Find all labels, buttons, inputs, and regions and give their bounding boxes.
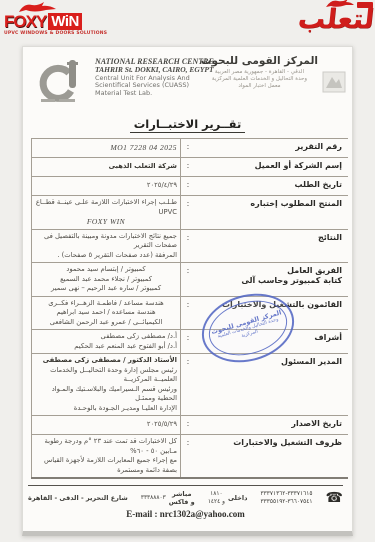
director-title-line: الإدارة العليـا ومديـر الجـودة بالوحـدة	[35, 404, 177, 414]
org-lab-ar: معمل اختبار المواد	[201, 83, 318, 90]
org-arabic-block: المركز القومى للبحوث الدقي - القاهرة - ج…	[201, 55, 318, 90]
document-page: NATIONAL RESEARCH CENTRE TAHRIR St. DOKK…	[22, 46, 353, 536]
eltaaleb-logo: التعلب	[298, 0, 375, 33]
row-label-sub: كتابة كمبيوتر وحاسب آلى	[195, 276, 342, 286]
row-label: تاريخ الطلب	[195, 177, 348, 195]
table-row-operators: هندسة مساعد / فاطمـة الزهــراء فكــرى هن…	[31, 297, 348, 331]
watermark-icon	[322, 71, 346, 93]
nrc-logo-icon	[35, 57, 87, 107]
phone-line: ٣٣٣٧١٦١٥-٣٣٣٧١٣٦٢	[261, 490, 313, 498]
report-table: MO1 7228 04 2025 : رقم التقرير شركة التع…	[31, 138, 348, 479]
colon-separator: :	[181, 158, 195, 176]
operator-member: هندسة مساعده / احمد سيد ابراهيم	[35, 308, 177, 318]
letterhead: NATIONAL RESEARCH CENTRE TAHRIR St. DOKK…	[23, 55, 352, 113]
issue-date-value: ٢٠٢٥/٥/٢٩	[35, 420, 177, 430]
client-name-value: شركة التعلب الذهبى	[35, 162, 177, 172]
team-member: كمبيوتر / ساره عبد الرحيم – نهى سمير	[35, 284, 177, 294]
team-member: كمبيوتر / نجلاء محمد عبد السميع	[35, 275, 177, 285]
fax-label: و فاكس	[169, 498, 195, 506]
row-label: تاريخ الاصدار	[195, 416, 348, 434]
win-wordmark: WiN	[48, 13, 82, 30]
street-address: شارع التحرير - الدقى - القاهرة	[28, 494, 128, 502]
director-title-line: ورئيس قسم الـسيراميك والبلاسـتيك والمـوا…	[35, 385, 177, 404]
table-row-working-team: كمبيوتر / إبتسام سيد محمود كمبيوتر / نجل…	[31, 263, 348, 297]
row-label: ظروف التشغيل والاختبارات	[195, 435, 348, 477]
operator-member: الكيميائــى / عمرو عبد الرحمن الشافعى	[35, 318, 177, 328]
operator-member: هندسة مساعد / فاطمـة الزهــراء فكــرى	[35, 299, 177, 309]
results-line: جميع نتائج الاختبارات مدونة ومبينة بالتف…	[35, 232, 177, 251]
colon-separator: :	[181, 330, 195, 353]
tested-product-line: طـلـب إجراء الاختبارات اللازمة علـى عينـ…	[35, 198, 177, 217]
supervisor-name: أ.د/ أبو الفتوح عبد المنعم عبد الحكيم	[35, 342, 177, 352]
direct-number: ٣٣٣٨٨٨٠٣	[141, 494, 166, 502]
colon-separator: :	[181, 139, 195, 157]
tested-product-brand: FOXY WIN	[35, 217, 177, 227]
stamp-text-main: المركز القومى للبحوث	[202, 306, 291, 338]
org-name-ar: المركز القومى للبحوث	[201, 55, 318, 69]
table-row-test-conditions: كل الاختبارات قد تمت عند ٢٣ °م ودرجة رطو…	[31, 435, 348, 477]
row-label-main: الفريق العامل	[195, 266, 342, 276]
row-label: النتائج	[195, 230, 348, 263]
internal-extensions: داخلى ١٨١٠ و ١٤٢٤	[208, 490, 248, 506]
table-row-responsible-director: الأستاذ الدكتور / مصطفى زكى مصطفى رئيس م…	[31, 354, 348, 416]
row-label: الفريق العامل كتابة كمبيوتر وحاسب آلى	[195, 263, 348, 296]
taaleb-wordmark: التعلب	[296, 6, 375, 33]
org-lab-en: Material Test Lab.	[95, 90, 214, 97]
row-label: إسم الشركة أو العميل	[195, 158, 348, 176]
table-row-results: جميع نتائج الاختبارات مدونة ومبينة بالتف…	[31, 230, 348, 264]
colon-separator: :	[181, 177, 195, 195]
screenshot-root: FOXY WiN UPVC WINDOWS & DOORS SOLUTIONS …	[0, 0, 375, 542]
phone-icon: ☎	[326, 491, 343, 505]
row-label: رقم التقرير	[195, 139, 348, 157]
phone-numbers: ٣٣٣٧١٦١٥-٣٣٣٧١٣٦٢ ٣٦٦٠٧٥٤١-٣٣٣٥٥١٩٢	[261, 490, 313, 506]
email-address: E-mail : nrc1302a@yahoo.com	[28, 509, 343, 519]
conditions-line: مع إجراء جميع المعايرات اللازمة لأجهزة ا…	[35, 456, 177, 475]
colon-separator: :	[181, 416, 195, 434]
table-row-supervision: أ.د/ مصطفى زكى مصطفى أ.د/ أبو الفتوح عبد…	[31, 330, 348, 354]
direct-label: مباشر	[169, 490, 195, 498]
colon-separator: :	[181, 354, 195, 415]
stamp-text-sub: وحدة التحاليل والخدمات العلمية المركزية	[204, 314, 294, 350]
report-title: تقــرير الاختبــارات	[130, 117, 246, 133]
foxywin-logo: FOXY WiN UPVC WINDOWS & DOORS SOLUTIONS	[4, 1, 96, 36]
conditions-line: كل الاختبارات قد تمت عند ٢٣ °م ودرجة رطو…	[35, 437, 177, 456]
page-footer: ☎ ٣٣٣٧١٦١٥-٣٣٣٧١٣٦٢ ٣٦٦٠٧٥٤١-٣٣٣٥٥١٩٢ دا…	[28, 485, 343, 519]
internal-ext: ١٨١٠	[208, 490, 225, 498]
supervisor-name: أ.د/ مصطفى زكى مصطفى	[35, 332, 177, 342]
internal-label: داخلى	[228, 494, 247, 502]
colon-separator: :	[181, 263, 195, 296]
table-row-issue-date: ٢٠٢٥/٥/٢٩ : تاريخ الاصدار	[31, 416, 348, 435]
colon-separator: :	[181, 435, 195, 477]
foxy-wordmark: FOXY	[4, 13, 46, 30]
table-row-request-date: ٢٠٢٥/٤/٢٩ : تاريخ الطلب	[31, 177, 348, 196]
director-title-line: رئيس مجلس إدارة وحدة التحاليــل والخدمات…	[35, 366, 177, 385]
org-address-ar: الدقي - القاهرة - جمهورية مصر العربية	[201, 69, 318, 76]
team-member: كمبيوتر / إبتسام سيد محمود	[35, 265, 177, 275]
table-row-client-name: شركة التعلب الذهبى : إسم الشركة أو العمي…	[31, 158, 348, 177]
colon-separator: :	[181, 230, 195, 263]
row-label: المدير المسئول	[195, 354, 348, 415]
org-unit-ar: وحدة التحاليل و الخدمات العلمية المركزية	[201, 76, 318, 83]
table-row-report-number: MO1 7228 04 2025 : رقم التقرير	[31, 139, 348, 158]
colon-separator: :	[181, 297, 195, 330]
direct-fax: مباشر و فاكس ٣٣٣٨٨٨٠٣	[141, 490, 195, 506]
table-row-tested-product: طـلـب إجراء الاختبارات اللازمة علـى عينـ…	[31, 196, 348, 230]
foxywin-tagline: UPVC WINDOWS & DOORS SOLUTIONS	[4, 31, 96, 36]
director-name: الأستاذ الدكتور / مصطفى زكى مصطفى	[35, 356, 177, 366]
phone-line: ٣٦٦٠٧٥٤١-٣٣٣٥٥١٩٢	[261, 498, 313, 506]
row-label: المنتج المطلوب إختباره	[195, 196, 348, 229]
request-date-value: ٢٠٢٥/٤/٢٩	[35, 181, 177, 191]
colon-separator: :	[181, 196, 195, 229]
internal-ext: و ١٤٢٤	[208, 498, 225, 506]
report-number-value: MO1 7228 04 2025	[35, 143, 177, 153]
org-english-block: NATIONAL RESEARCH CENTRE TAHRIR St. DOKK…	[95, 57, 214, 97]
results-line: المرفقة (عدد صفحات التقرير ٥ صفحات) .	[35, 251, 177, 261]
